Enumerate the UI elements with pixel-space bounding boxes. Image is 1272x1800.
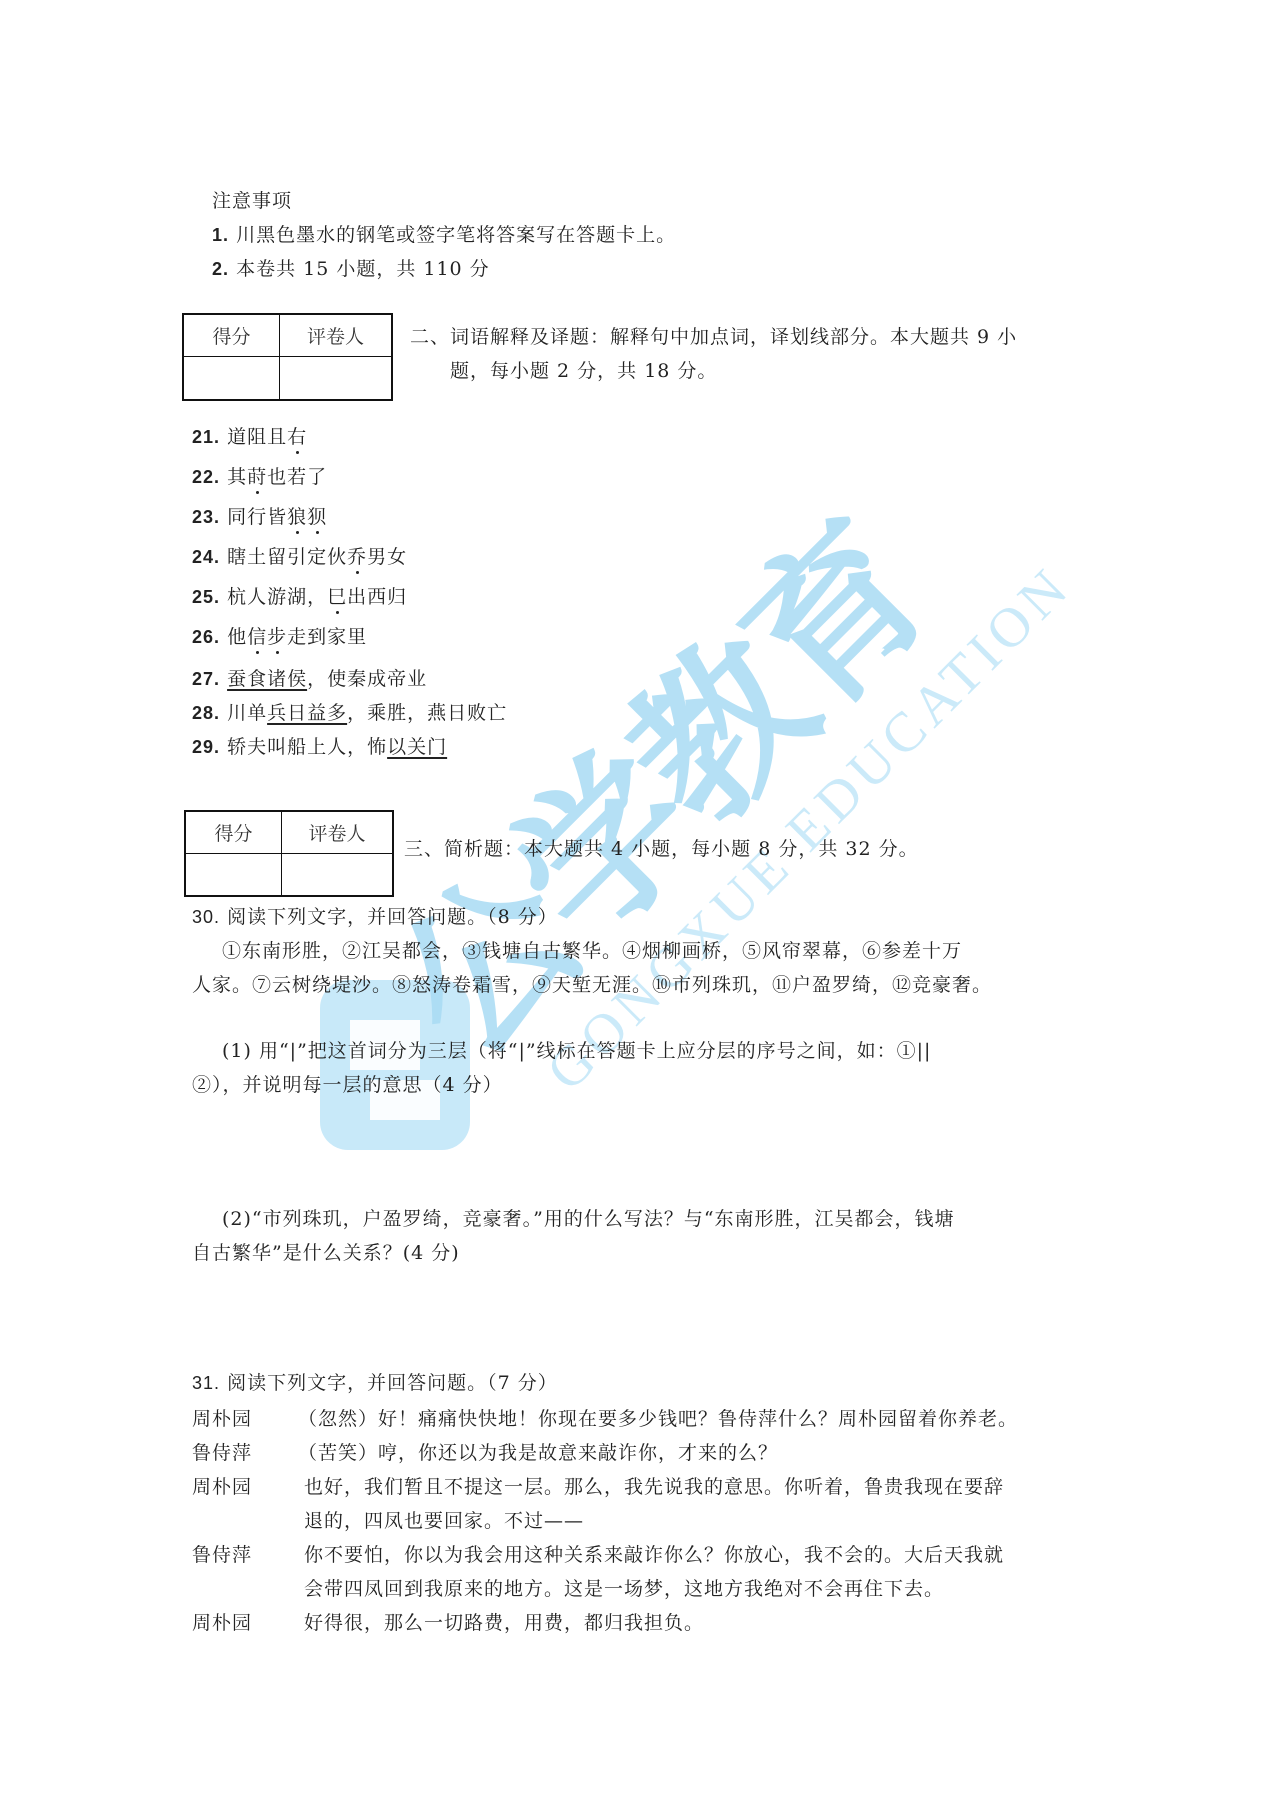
dialogue-line: 周朴园也好，我们暂且不提这一层。那么，我先说我的意思。你听着，鲁贵我现在要辞 <box>192 1476 1004 1498</box>
question-text: 道阻且 <box>227 426 287 448</box>
dialogue-line: 周朴园好得很，那么一切路费，用费，都归我担负。 <box>192 1612 704 1634</box>
notice-item-1: 1. 川黑色墨水的钢笔或签字笔将答案写在答题卡上。 <box>212 224 676 246</box>
dotted-word: 狼 <box>287 506 307 528</box>
q30-sub-1: (1) 用“|”把这首词分为三层（将“|”线标在答题卡上应分层的序号之间，如：①… <box>222 1040 931 1062</box>
exam-page: 注意事项 1. 川黑色墨水的钢笔或签字笔将答案写在答题卡上。 2. 本卷共 15… <box>0 0 1272 1800</box>
grader-field[interactable] <box>280 357 391 399</box>
dotted-char: 信 <box>247 626 267 648</box>
dotted-word: 巳 <box>327 586 347 608</box>
dotted-char: 乔 <box>347 546 367 568</box>
dotted-word: 狈 <box>307 506 327 528</box>
score-field[interactable] <box>184 357 280 399</box>
dialogue-text: 好得很，那么一切路费，用费，都归我担负。 <box>304 1612 704 1634</box>
score-label: 得分 <box>184 315 280 357</box>
q30-sub-1-cont: ②），并说明每一层的意思（4 分） <box>192 1074 503 1096</box>
question-text: 男女 <box>367 546 407 568</box>
question-text: 轿夫叫船上人， <box>227 736 367 758</box>
dialogue-line: 退的，四凤也要回家。不过—— <box>192 1510 584 1532</box>
dotted-char: 右 <box>287 426 307 448</box>
dotted-word: 乔 <box>347 546 367 568</box>
dialogue-text: 会带四凤回到我原来的地方。这是一场梦，这地方我绝对不会再住下去。 <box>304 1578 944 1600</box>
notice-title: 注意事项 <box>212 190 292 212</box>
question-item: 25. 杭人游湖，巳出西归 <box>192 586 407 608</box>
dotted-char: 莳 <box>247 466 267 488</box>
speaker-name: 周朴园 <box>192 1612 304 1634</box>
question-item: 21. 道阻且右 <box>192 426 307 448</box>
question-text: 川单 <box>227 702 267 724</box>
question-number: 26. <box>192 627 220 647</box>
score-field[interactable] <box>186 854 282 896</box>
underlined-phrase: 蚕食诸侯 <box>227 668 307 690</box>
grader-label: 评卷人 <box>280 315 391 357</box>
question-text: 也若了 <box>267 466 327 488</box>
dotted-char: 巳 <box>327 586 347 608</box>
question-text: 走到家里 <box>287 626 367 648</box>
speaker-name: 鲁侍萍 <box>192 1544 304 1566</box>
grader-field[interactable] <box>282 854 392 896</box>
speaker-name: 鲁侍萍 <box>192 1442 304 1464</box>
question-text: ，使秦成帝业 <box>307 668 427 690</box>
question-31-title: 31. 阅读下列文字，并回答问题。（7 分） <box>192 1372 558 1394</box>
dialogue-text: 也好，我们暂且不提这一层。那么，我先说我的意思。你听着，鲁贵我现在要辞 <box>304 1476 1004 1498</box>
section-3-heading: 三、简析题：本大题共 4 小题，每小题 8 分，共 32 分。 <box>404 838 919 860</box>
dotted-char: 步 <box>267 626 287 648</box>
question-item: 28. 川单兵日益多，乘胜，燕日败亡 <box>192 702 507 724</box>
dialogue-text: 你不要怕，你以为我会用这种关系来敲诈你么？你放心，我不会的。大后天我就 <box>304 1544 1004 1566</box>
question-item: 27. 蚕食诸侯，使秦成帝业 <box>192 668 427 690</box>
speaker-name: 周朴园 <box>192 1476 304 1498</box>
q30-sub-2: (2)“市列珠玑，户盈罗绮，竞豪奢。”用的什么写法？与“东南形胜，江吴都会，钱塘 <box>222 1208 955 1230</box>
dialogue-line: 鲁侍萍（苦笑）哼，你还以为我是故意来敲诈你，才来的么？ <box>192 1442 778 1464</box>
question-text: 其 <box>227 466 247 488</box>
score-box-section-2: 得分 评卷人 <box>182 313 393 401</box>
question-text: 瞎土留引定伙 <box>227 546 347 568</box>
question-item: 24. 瞎土留引定伙乔男女 <box>192 546 407 568</box>
question-number: 27. <box>192 669 220 689</box>
score-box-section-3: 得分 评卷人 <box>184 810 394 897</box>
question-item: 29. 轿夫叫船上人，怖以关门 <box>192 736 447 758</box>
question-number: 29. <box>192 737 220 757</box>
dialogue-line: 鲁侍萍你不要怕，你以为我会用这种关系来敲诈你么？你放心，我不会的。大后天我就 <box>192 1544 1004 1566</box>
question-number: 28. <box>192 703 220 723</box>
question-number: 25. <box>192 587 220 607</box>
dialogue-text: 退的，四凤也要回家。不过—— <box>304 1510 584 1532</box>
question-text: 杭人游湖， <box>227 586 327 608</box>
section-2-heading-cont: 题，每小题 2 分，共 18 分。 <box>450 360 717 382</box>
dialogue-line: 会带四凤回到我原来的地方。这是一场梦，这地方我绝对不会再住下去。 <box>192 1578 944 1600</box>
notice-item-2: 2. 本卷共 15 小题，共 110 分 <box>212 258 490 280</box>
question-number: 21. <box>192 427 220 447</box>
dialogue-line: 周朴园（忽然）好！痛痛快快地！你现在要多少钱吧？鲁侍萍什么？周朴园留着你养老。 <box>192 1408 1018 1430</box>
underlined-phrase: 兵日益多 <box>267 702 347 724</box>
dotted-word: 莳 <box>247 466 267 488</box>
question-30-title: 30. 阅读下列文字，并回答问题。（8 分） <box>192 906 558 928</box>
question-item: 22. 其莳也若了 <box>192 466 327 488</box>
question-text: 出西归 <box>347 586 407 608</box>
question-text: 同行皆 <box>227 506 287 528</box>
dotted-char: 狼 <box>287 506 307 528</box>
q30-sub-2-cont: 自古繁华”是什么关系？(4 分) <box>192 1242 460 1264</box>
q30-passage-line-2: 人家。⑦云树绕堤沙。⑧怒涛卷霜雪，⑨天堑无涯。⑩市列珠玑，⑪户盈罗绮，⑫竞豪奢。 <box>192 974 992 996</box>
dialogue-text: （忽然）好！痛痛快快地！你现在要多少钱吧？鲁侍萍什么？周朴园留着你养老。 <box>298 1408 1018 1430</box>
dotted-word: 信 <box>247 626 267 648</box>
grader-label: 评卷人 <box>282 812 392 854</box>
dotted-word: 步 <box>267 626 287 648</box>
question-number: 24. <box>192 547 220 567</box>
dotted-word: 右 <box>287 426 307 448</box>
question-item: 23. 同行皆狼狈 <box>192 506 327 528</box>
question-number: 23. <box>192 507 220 527</box>
section-2-heading: 二、词语解释及译题：解释句中加点词，译划线部分。本大题共 9 小 <box>410 326 1017 348</box>
score-label: 得分 <box>186 812 282 854</box>
underlined-phrase: 以关门 <box>387 736 447 758</box>
question-number: 22. <box>192 467 220 487</box>
q30-passage-line-1: ①东南形胜，②江吴都会，③钱塘自古繁华。④烟柳画桥，⑤风帘翠幕，⑥参差十万 <box>222 940 962 962</box>
dialogue-text: （苦笑）哼，你还以为我是故意来敲诈你，才来的么？ <box>298 1442 778 1464</box>
dotted-char: 狈 <box>307 506 327 528</box>
question-text: ，乘胜，燕日败亡 <box>347 702 507 724</box>
question-text: 怖 <box>367 736 387 758</box>
speaker-name: 周朴园 <box>192 1408 304 1430</box>
question-text: 他 <box>227 626 247 648</box>
question-item: 26. 他信步走到家里 <box>192 626 367 648</box>
